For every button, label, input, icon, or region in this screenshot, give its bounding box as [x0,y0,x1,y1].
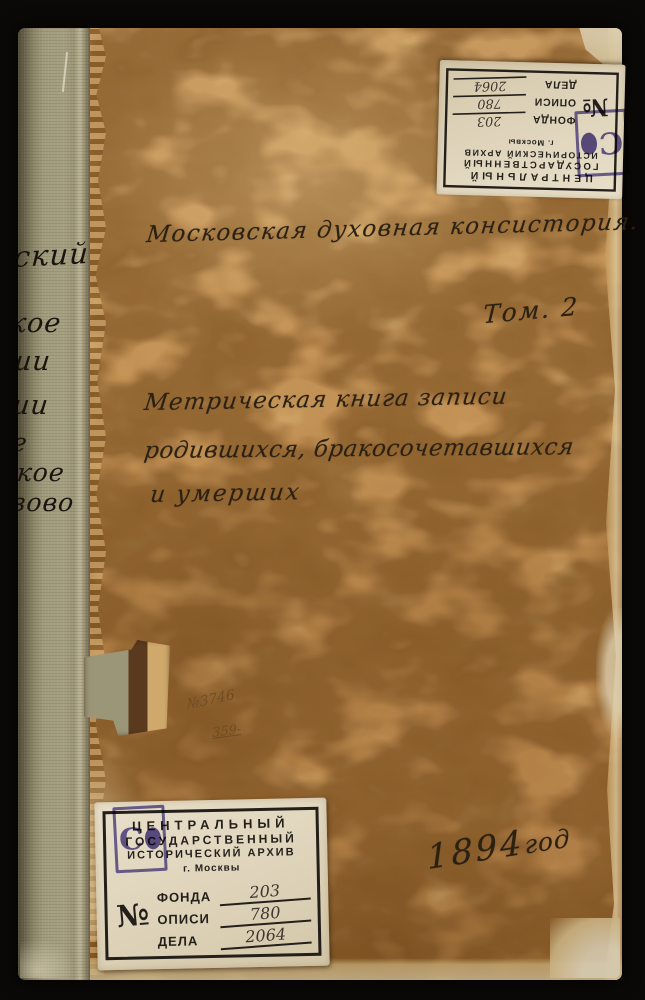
control-stamp-bottom: С [112,805,167,874]
fond-label: ФОНДА [157,888,219,904]
photo-background: ский кое ши ши е ское озово [0,0,645,1000]
delo-value: 2064 [219,924,312,950]
spine-fragment-4: ши [18,390,51,421]
book-spine: ский кое ши ши е ское озово [18,28,90,980]
fond-value: 203 [218,880,311,906]
opis-value: 780 [219,902,312,928]
spine-wear [20,938,76,978]
fond-value: 203 [453,112,526,129]
spine-fragment-7: озово [18,488,76,517]
spine-fragment-1: ский [18,236,90,274]
subtitle-line-2: родившихся, бракосочетавшихся [143,434,576,464]
ink-blob [581,132,598,155]
opis-value: 780 [453,94,526,111]
control-stamp-letter: С [118,821,144,857]
delo-label: ДЕЛА [527,79,577,92]
year-word: год [524,823,571,859]
spine-fragment-2: кое [18,308,63,339]
subtitle-line-3: и умерших [149,479,303,508]
opis-label: ОПИСИ [157,910,219,926]
loose-thread [62,52,68,92]
opis-label: ОПИСИ [526,96,576,109]
ink-blob [144,827,161,850]
control-stamp-letter: С [598,124,624,160]
delo-label: ДЕЛА [158,932,220,948]
spine-fragment-6: ское [18,458,66,487]
spine-fragment-5: е [18,428,29,457]
worn-bottom-right-corner [550,918,620,978]
fond-label: ФОНДА [526,114,576,127]
worn-right-patch [596,608,622,738]
spine-fragment-3: ши [18,346,53,377]
control-stamp-top: С [574,109,629,178]
number-sign: № [115,897,151,935]
delo-value: 2064 [454,77,527,94]
